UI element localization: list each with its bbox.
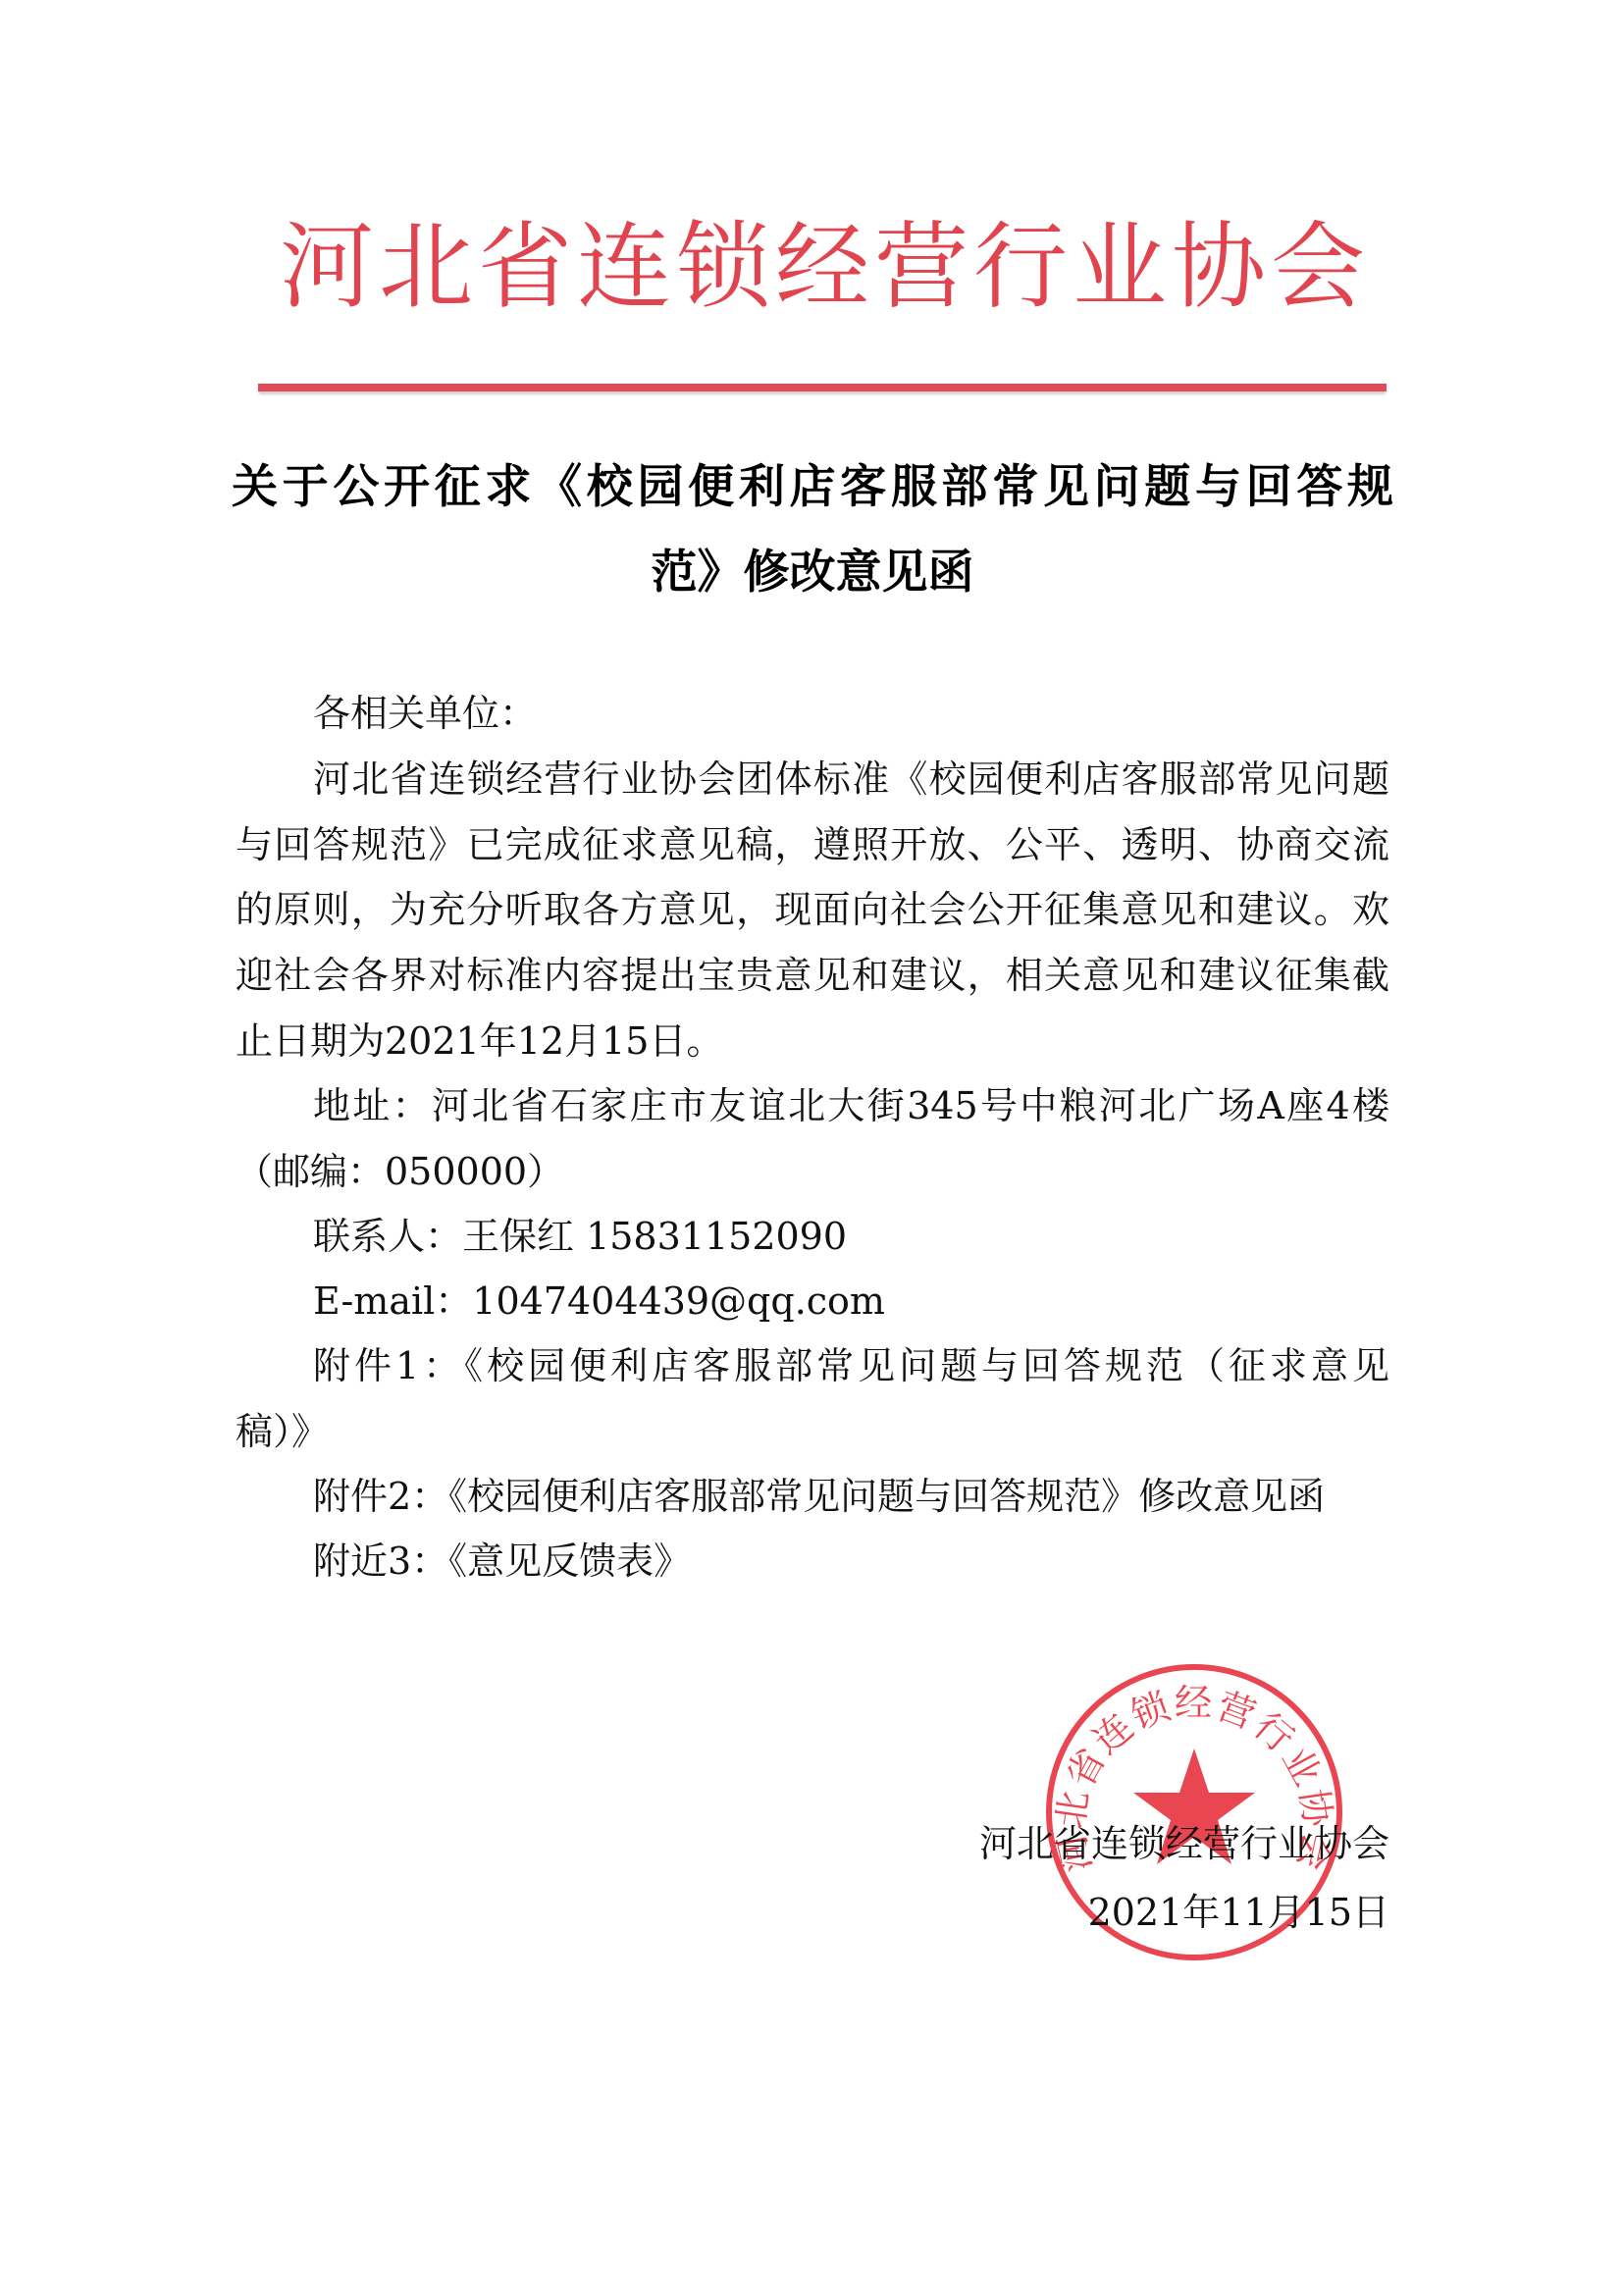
- letterhead-char: 营: [874, 220, 969, 314]
- letterhead-divider: [258, 384, 1387, 391]
- email-address: E-mail：1047404439@qq.com: [236, 1282, 1389, 1322]
- letterhead-char: 会: [1271, 220, 1365, 314]
- address-line: 地址：河北省石家庄市友谊北大街345号中粮河北广场A座4楼: [236, 1087, 1389, 1126]
- letterhead-char: 经: [775, 220, 869, 314]
- letterhead-char: 协: [1172, 220, 1266, 314]
- letterhead-char: 行: [973, 220, 1068, 314]
- paragraph-line: 的原则，为充分听取各方意见，现面向社会公开征集意见和建议。欢: [236, 891, 1389, 930]
- paragraph-line: 止日期为2021年12月15日。: [236, 1022, 1389, 1062]
- attachment-2: 附件2：《校园便利店客服部常见问题与回答规范》修改意见函: [236, 1478, 1389, 1517]
- signature-organization: 河北省连锁经营行业协会: [979, 1825, 1389, 1862]
- letterhead-char: 北: [379, 220, 473, 314]
- paragraph-line: 河北省连锁经营行业协会团体标准《校园便利店客服部常见问题: [236, 760, 1389, 800]
- attachment-1: 附件1：《校园便利店客服部常见问题与回答规范（征求意见: [236, 1347, 1389, 1386]
- letterhead-organization-name: 河 北 省 连 锁 经 营 行 业 协 会: [258, 208, 1387, 326]
- letterhead-char: 省: [478, 220, 572, 314]
- signature-date: 2021年11月15日: [1088, 1894, 1389, 1931]
- paragraph-line: 迎社会各界对标准内容提出宝贵意见和建议，相关意见和建议征集截: [236, 957, 1389, 996]
- letterhead-char: 业: [1073, 220, 1167, 314]
- attachment-1-continued: 稿）》: [236, 1413, 1389, 1452]
- paragraph-line: 与回答规范》已完成征求意见稿，遵照开放、公平、透明、协商交流: [236, 826, 1389, 865]
- letterhead-char: 河: [280, 220, 374, 314]
- letterhead-char: 连: [577, 220, 671, 314]
- document-title-line-2: 范》修改意见函: [232, 549, 1393, 596]
- attachment-3: 附近3：《意见反馈表》: [236, 1542, 1389, 1582]
- postal-code: （邮编：050000）: [236, 1153, 1389, 1192]
- contact-person: 联系人：王保红 15831152090: [236, 1218, 1389, 1257]
- salutation: 各相关单位：: [236, 695, 1389, 734]
- letterhead-char: 锁: [676, 220, 770, 314]
- document-title-line-1: 关于公开征求《校园便利店客服部常见问题与回答规: [232, 464, 1393, 510]
